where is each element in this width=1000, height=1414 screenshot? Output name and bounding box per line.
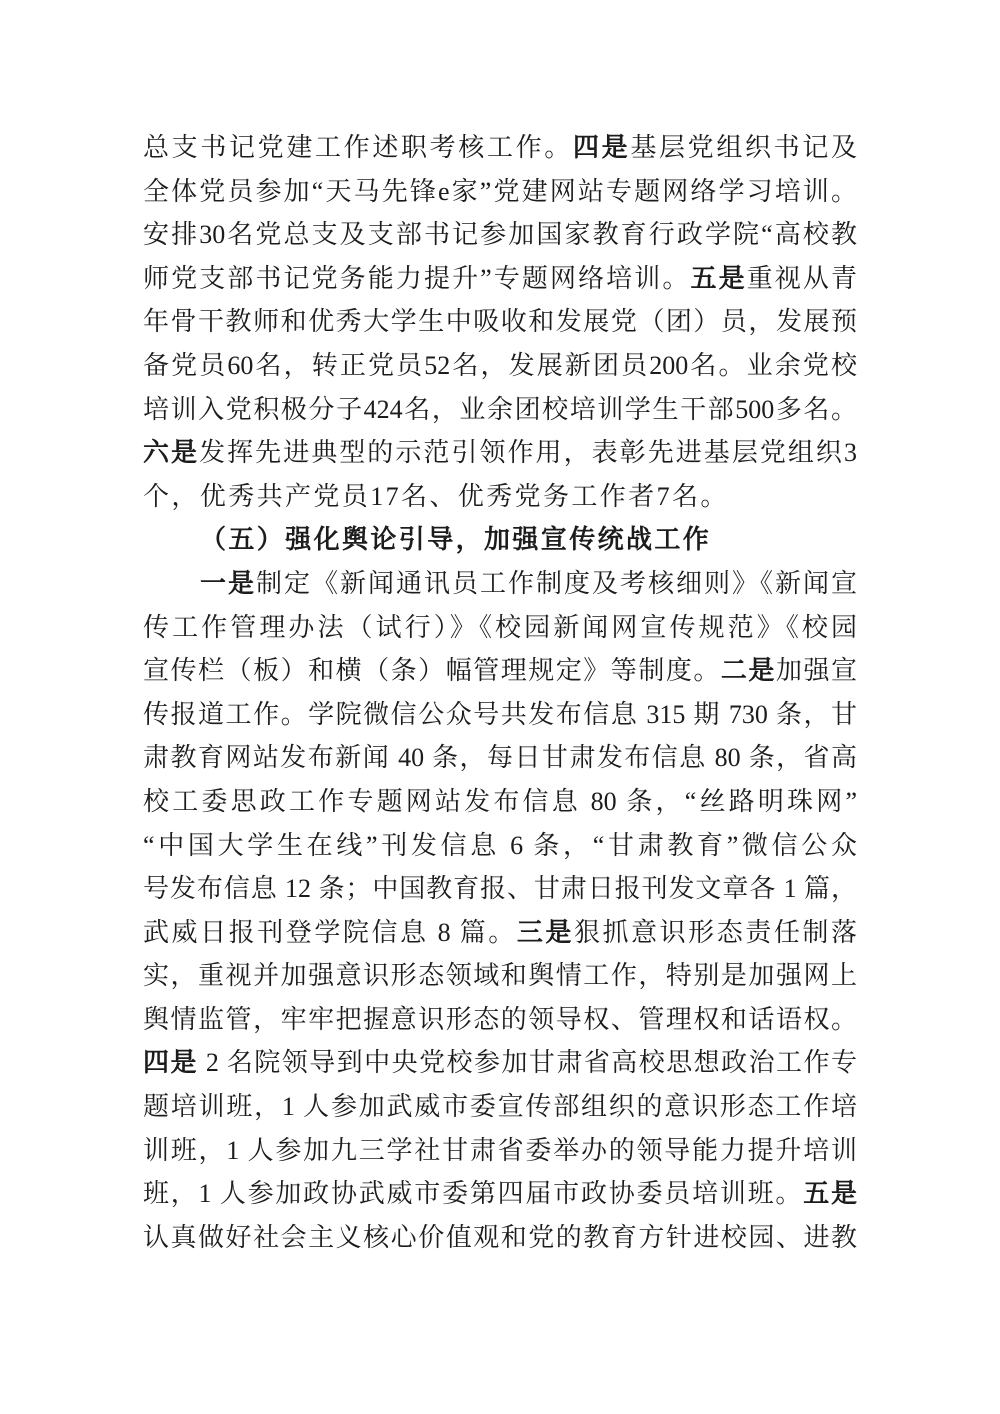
section-heading: （五）强化舆论引导，加强宣传统战工作	[143, 518, 857, 562]
text-segment: 培训入党积极分子424名，业余团校培训学生干部500多名。	[143, 395, 857, 424]
text-segment: 狠抓意识形态责任制落	[574, 918, 857, 947]
bold-enumerator: 一是	[200, 569, 256, 598]
text-segment: 班，1 人参加政协武威市委第四届市政协委员培训班。	[143, 1179, 803, 1208]
text-segment: 肃教育网站发布新闻 40 条，每日甘肃发布信息 80 条，省高	[143, 743, 857, 772]
document-page: 总支书记党建工作述职考核工作。四是基层党组织书记及全体党员参加“天马先锋e家”党…	[0, 0, 1000, 1414]
text-line: 训班，1 人参加九三学社甘肃省委举办的领导能力提升培训	[143, 1129, 857, 1173]
text-segment: 实，重视并加强意识形态领域和舆情工作，特别是加强网上	[143, 961, 857, 990]
text-segment: 宣传栏（板）和横（条）幅管理规定》等制度。	[143, 656, 721, 685]
text-line: 号发布信息 12 条；中国教育报、甘肃日报刊发文章各 1 篇，	[143, 867, 857, 911]
text-segment: 安排30名党总支及支部书记参加国家教育行政学院“高校教	[143, 220, 857, 249]
text-segment: 制定《新闻通讯员工作制度及考核细则》《新闻宣	[256, 569, 857, 598]
text-line: 四是 2 名院领导到中央党校参加甘肃省高校思想政治工作专	[143, 1041, 857, 1085]
text-line: 认真做好社会主义核心价值观和党的教育方针进校园、进教	[143, 1216, 857, 1260]
text-line: 武威日报刊登学院信息 8 篇。三是狠抓意识形态责任制落	[143, 911, 857, 955]
text-line: “中国大学生在线”刊发信息 6 条，“甘肃教育”微信公众	[143, 824, 857, 868]
bold-enumerator: （五）强化舆论引导，加强宣传统战工作	[200, 525, 711, 554]
text-line: 培训入党积极分子424名，业余团校培训学生干部500多名。	[143, 388, 857, 432]
bold-enumerator: 六是	[143, 438, 199, 467]
text-segment: 传工作管理办法（试行）》《校园新闻网宣传规范》《校园	[143, 613, 857, 642]
text-line: 全体党员参加“天马先锋e家”党建网站专题网络学习培训。	[143, 170, 857, 214]
text-segment: 发挥先进典型的示范引领作用，表彰先进基层党组织3	[199, 438, 857, 467]
text-line: 六是发挥先进典型的示范引领作用，表彰先进基层党组织3	[143, 431, 857, 475]
bold-enumerator: 五是	[690, 264, 746, 293]
text-line: 班，1 人参加政协武威市委第四届市政协委员培训班。五是	[143, 1172, 857, 1216]
text-line: 实，重视并加强意识形态领域和舆情工作，特别是加强网上	[143, 954, 857, 998]
document-body: 总支书记党建工作述职考核工作。四是基层党组织书记及全体党员参加“天马先锋e家”党…	[143, 126, 857, 1259]
text-segment: 武威日报刊登学院信息 8 篇。	[143, 918, 517, 947]
text-line: 宣传栏（板）和横（条）幅管理规定》等制度。二是加强宣	[143, 649, 857, 693]
text-line: 肃教育网站发布新闻 40 条，每日甘肃发布信息 80 条，省高	[143, 736, 857, 780]
text-line: 备党员60名，转正党员52名，发展新团员200名。业余党校	[143, 344, 857, 388]
text-segment: 师党支部书记党务能力提升”专题网络培训。	[143, 264, 690, 293]
text-segment: 认真做好社会主义核心价值观和党的教育方针进校园、进教	[143, 1223, 857, 1252]
text-segment: 训班，1 人参加九三学社甘肃省委举办的领导能力提升培训	[143, 1136, 857, 1165]
text-line: 个，优秀共产党员17名、优秀党务工作者7名。	[143, 475, 857, 519]
text-segment: 校工委思政工作专题网站发布信息 80 条，“丝路明珠网”	[143, 787, 857, 816]
text-line: 师党支部书记党务能力提升”专题网络培训。五是重视从青	[143, 257, 857, 301]
text-line: 安排30名党总支及支部书记参加国家教育行政学院“高校教	[143, 213, 857, 257]
text-segment: 备党员60名，转正党员52名，发展新团员200名。业余党校	[143, 351, 857, 380]
text-segment: 题培训班，1 人参加武威市委宣传部组织的意识形态工作培	[143, 1092, 857, 1121]
text-line: 传报道工作。学院微信公众号共发布信息 315 期 730 条，甘	[143, 693, 857, 737]
text-segment: 号发布信息 12 条；中国教育报、甘肃日报刊发文章各 1 篇，	[143, 874, 857, 903]
text-line: 一是制定《新闻通讯员工作制度及考核细则》《新闻宣	[143, 562, 857, 606]
bold-enumerator: 五是	[803, 1179, 857, 1208]
text-line: 总支书记党建工作述职考核工作。四是基层党组织书记及	[143, 126, 857, 170]
text-segment: 加强宣	[776, 656, 857, 685]
text-segment: 总支书记党建工作述职考核工作。	[143, 133, 573, 162]
text-segment: 年骨干教师和优秀大学生中吸收和发展党（团）员，发展预	[143, 307, 857, 336]
text-segment: 个，优秀共产党员17名、优秀党务工作者7名。	[143, 482, 729, 511]
text-segment: 基层党组织书记及	[630, 133, 857, 162]
text-segment: 全体党员参加“天马先锋e家”党建网站专题网络学习培训。	[143, 177, 857, 206]
text-line: 年骨干教师和优秀大学生中吸收和发展党（团）员，发展预	[143, 300, 857, 344]
text-segment: 重视从青	[747, 264, 857, 293]
text-line: 校工委思政工作专题网站发布信息 80 条，“丝路明珠网”	[143, 780, 857, 824]
text-segment: 2 名院领导到中央党校参加甘肃省高校思想政治工作专	[198, 1048, 857, 1077]
bold-enumerator: 四是	[573, 133, 630, 162]
text-segment: “中国大学生在线”刊发信息 6 条，“甘肃教育”微信公众	[143, 831, 857, 860]
text-segment: 舆情监管，牢牢把握意识形态的领导权、管理权和话语权。	[143, 1005, 857, 1034]
text-line: 传工作管理办法（试行）》《校园新闻网宣传规范》《校园	[143, 606, 857, 650]
text-line: 舆情监管，牢牢把握意识形态的领导权、管理权和话语权。	[143, 998, 857, 1042]
text-line: 题培训班，1 人参加武威市委宣传部组织的意识形态工作培	[143, 1085, 857, 1129]
bold-enumerator: 二是	[721, 656, 776, 685]
bold-enumerator: 四是	[143, 1048, 198, 1077]
bold-enumerator: 三是	[517, 918, 574, 947]
text-segment: 传报道工作。学院微信公众号共发布信息 315 期 730 条，甘	[143, 700, 857, 729]
